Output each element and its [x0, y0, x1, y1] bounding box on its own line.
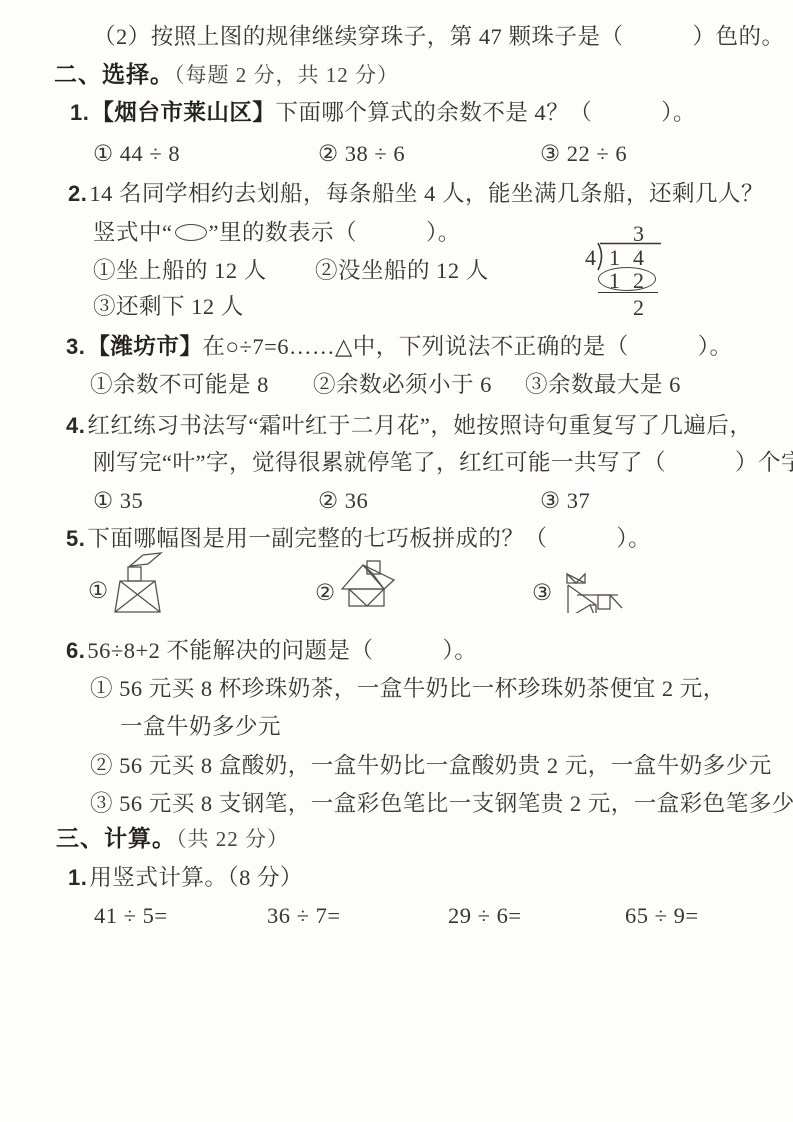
long-division-figure: 3 4 1 4 1 2 2: [585, 223, 677, 321]
q4-option-1: ① 35: [93, 487, 143, 515]
calc-q1-text: 用竖式计算。（8 分）: [89, 865, 303, 890]
calc-problem-2: 36 ÷ 7=: [267, 902, 341, 930]
section-three-title: 三、计算。: [56, 825, 176, 851]
q4-text-line1: 红红练习书法写“霜叶红于二月花”，她按照诗句重复写了几遍后，: [87, 413, 752, 438]
tangram-figure-2-house: [341, 560, 397, 608]
calc-q1-number: 1.: [68, 865, 89, 890]
q2-option-1: ①坐上船的 12 人: [93, 257, 267, 285]
calc-q1: 1.用竖式计算。（8 分）: [68, 864, 303, 892]
test-paper-page: （2）按照上图的规律继续穿珠子，第 47 颗珠子是（ ）色的。 二、选择。（每题…: [0, 0, 793, 1122]
division-underline: [598, 292, 658, 293]
q5-number: 5.: [66, 526, 87, 551]
q3-region-tag: 【潍坊市】: [87, 334, 202, 359]
q3-number: 3.: [66, 334, 87, 359]
q6-number: 6.: [66, 638, 87, 663]
q4-text-line2: 刚写完“叶”字，觉得很累就停笔了，红红可能一共写了（ ）个字。: [93, 449, 793, 477]
q6-option-1-line1: ① 56 元买 8 杯珍珠奶茶，一盒牛奶比一杯珍珠奶茶便宜 2 元，: [90, 675, 726, 703]
choice-q4: 4.红红练习书法写“霜叶红于二月花”，她按照诗句重复写了几遍后，: [66, 412, 752, 440]
q2-line2-prefix: 竖式中“: [93, 220, 173, 245]
tangram-label-1: ①: [88, 577, 109, 605]
division-divisor: 4: [585, 247, 596, 269]
q2-line2-suffix: ”里的数表示（ ）。: [209, 220, 461, 245]
choice-q5: 5.下面哪幅图是用一副完整的七巧板拼成的？（ ）。: [66, 525, 651, 553]
division-dividend-ones: 4: [633, 247, 644, 269]
q1-option-2: ② 38 ÷ 6: [318, 140, 405, 168]
choice-q3: 3.【潍坊市】在○÷7=6……△中，下列说法不正确的是（ ）。: [66, 333, 733, 361]
q4-number: 4.: [66, 413, 87, 438]
tangram-label-2: ②: [315, 579, 336, 607]
q5-text: 下面哪幅图是用一副完整的七巧板拼成的？（ ）。: [87, 526, 651, 551]
section-three-note: （共 22 分）: [176, 827, 289, 851]
q6-option-2: ② 56 元买 8 盒酸奶，一盒牛奶比一盒酸奶贵 2 元，一盒牛奶多少元: [90, 752, 772, 780]
product-circle: [598, 267, 656, 291]
division-remainder: 2: [633, 297, 644, 319]
q2-text-line1: 14 名同学相约去划船，每条船坐 4 人，能坐满几条船，还剩几人？: [89, 181, 764, 206]
q3-option-3: ③余数最大是 6: [525, 371, 681, 399]
q1-text: 下面哪个算式的余数不是 4？（ ）。: [275, 100, 696, 125]
q4-option-3: ③ 37: [540, 487, 590, 515]
tangram-figure-3-fox: [566, 561, 626, 613]
section-two-note: （每题 2 分，共 12 分）: [174, 63, 399, 87]
q2-text-line2: 竖式中“”里的数表示（ ）。: [93, 219, 461, 247]
tangram-figure-1-windmill: [114, 551, 164, 615]
calc-problem-3: 29 ÷ 6=: [448, 902, 522, 930]
question-pattern-beads: （2）按照上图的规律继续穿珠子，第 47 颗珠子是（ ）色的。: [93, 23, 785, 51]
choice-q2: 2.14 名同学相约去划船，每条船坐 4 人，能坐满几条船，还剩几人？: [68, 180, 764, 208]
calc-problem-4: 65 ÷ 9=: [625, 902, 699, 930]
q4-option-2: ② 36: [318, 487, 368, 515]
q1-number: 1.: [70, 100, 91, 125]
tangram-label-3: ③: [532, 579, 553, 607]
q1-region-tag: 【烟台市莱山区】: [91, 100, 275, 125]
q1-option-1: ① 44 ÷ 8: [93, 140, 180, 168]
section-three-heading: 三、计算。（共 22 分）: [56, 824, 289, 853]
section-two-title: 二、选择。: [54, 61, 174, 87]
q6-text: 56÷8+2 不能解决的问题是（ ）。: [87, 638, 477, 663]
choice-q1: 1.【烟台市莱山区】下面哪个算式的余数不是 4？（ ）。: [70, 99, 696, 127]
calc-problem-1: 41 ÷ 5=: [94, 902, 168, 930]
division-product-ones: 2: [633, 270, 644, 292]
q2-option-3: ③还剩下 12 人: [93, 293, 244, 321]
choice-q6: 6.56÷8+2 不能解决的问题是（ ）。: [66, 637, 477, 665]
division-dividend-tens: 1: [609, 247, 620, 269]
q3-option-1: ①余数不可能是 8: [90, 371, 269, 399]
q6-option-3: ③ 56 元买 8 支钢笔，一盒彩色笔比一支钢笔贵 2 元，一盒彩色笔多少元: [90, 790, 793, 818]
section-two-heading: 二、选择。（每题 2 分，共 12 分）: [54, 60, 399, 89]
q2-number: 2.: [68, 181, 89, 206]
q1-option-3: ③ 22 ÷ 6: [540, 140, 627, 168]
q2-option-2: ②没坐船的 12 人: [315, 257, 489, 285]
q6-option-1-line2: 一盒牛奶多少元: [120, 713, 281, 741]
q3-text: 在○÷7=6……△中，下列说法不正确的是（ ）。: [202, 334, 732, 359]
division-product-tens: 1: [609, 270, 620, 292]
oval-symbol: [175, 224, 207, 241]
q3-option-2: ②余数必须小于 6: [313, 371, 492, 399]
